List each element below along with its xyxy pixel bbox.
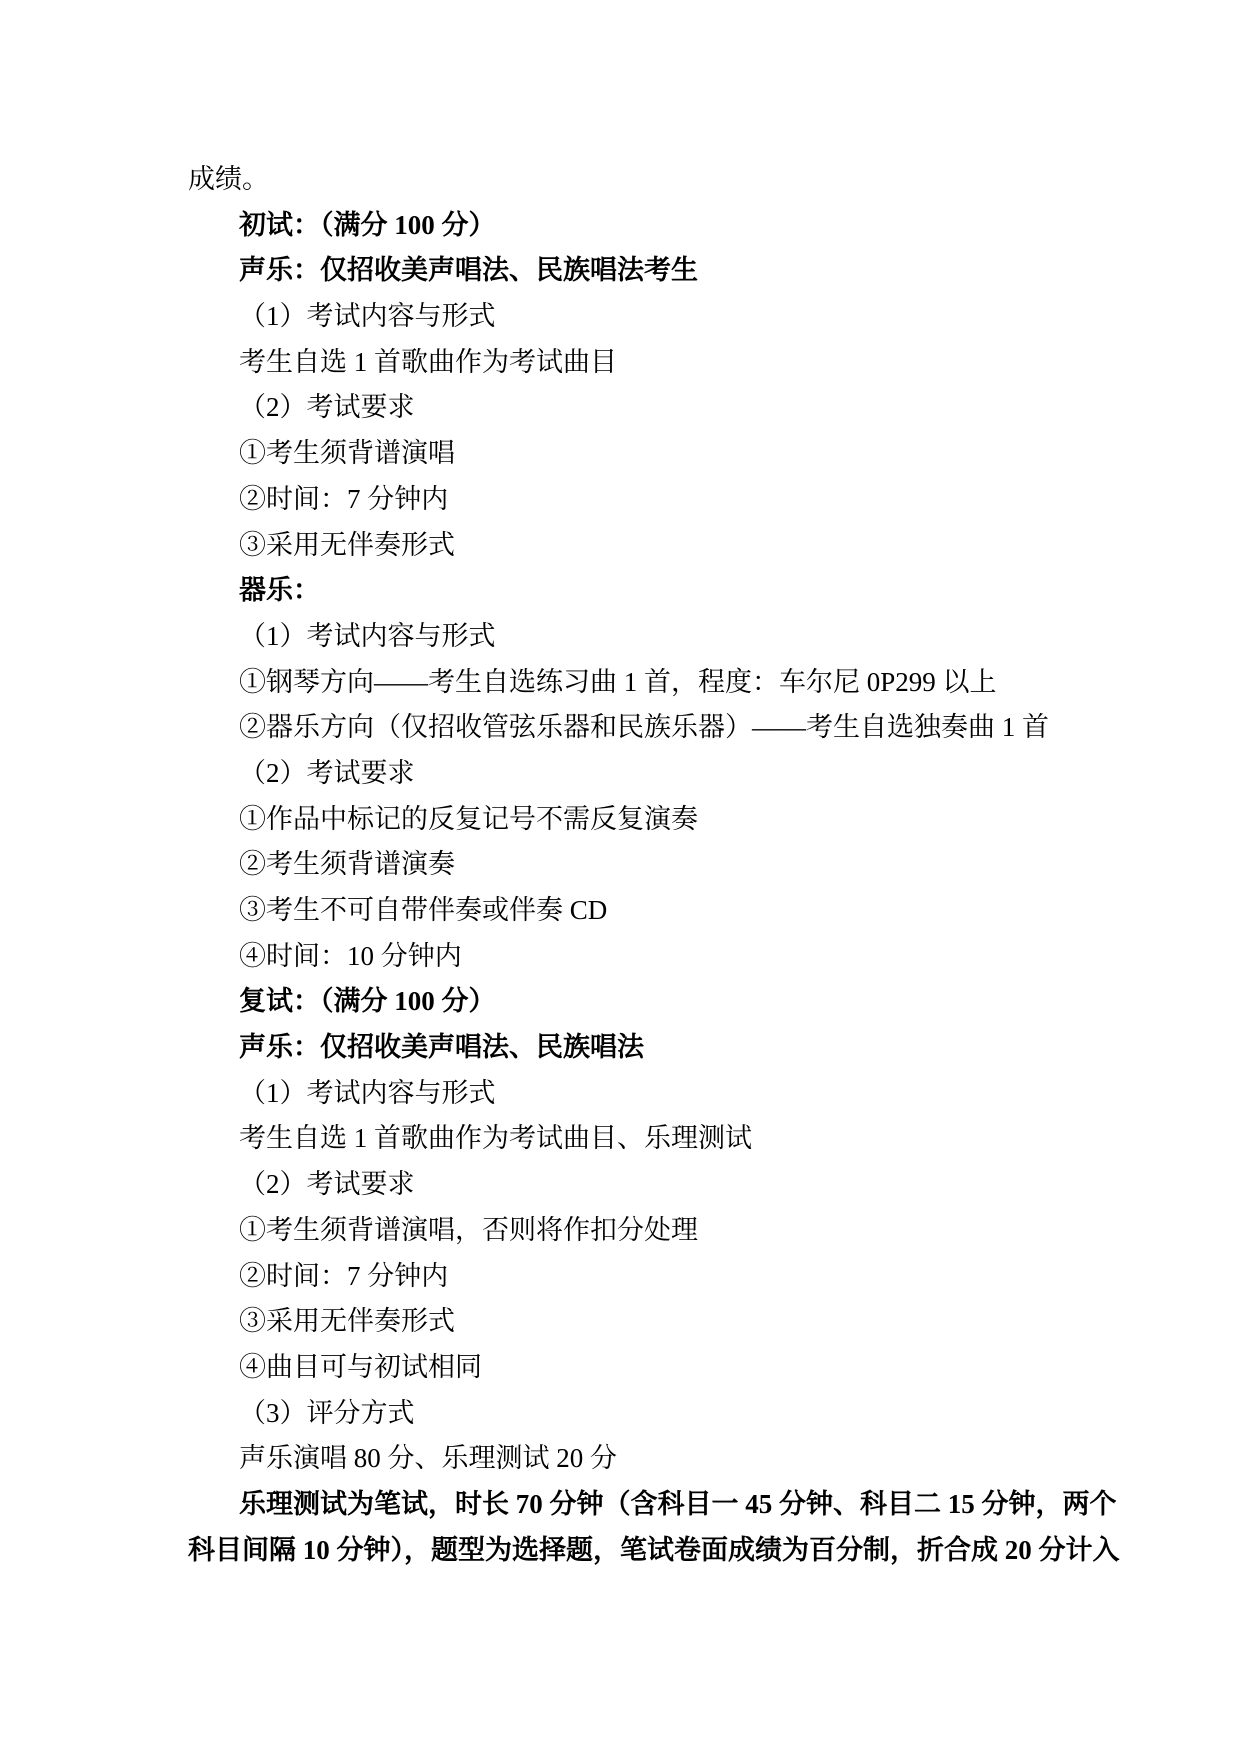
req-1-repeat-marks-not-repeated: ①作品中标记的反复记号不需反复演奏 — [188, 797, 1068, 843]
req-1-sing-from-memory-penalty: ①考生须背谱演唱，否则将作扣分处理 — [188, 1208, 1068, 1254]
text-score-distribution: 声乐演唱 80 分、乐理测试 20 分 — [188, 1436, 1068, 1482]
para-theory-test-line-1: 乐理测试为笔试，时长 70 分钟（含科目一 45 分钟、科目二 15 分钟，两个 — [188, 1482, 1068, 1528]
item-1-exam-content-form-instrumental: （1）考试内容与形式 — [188, 614, 1068, 660]
item-2-exam-requirements-second: （2）考试要求 — [188, 1162, 1068, 1208]
heading-vocal-first-round: 声乐：仅招收美声唱法、民族唱法考生 — [188, 248, 1068, 294]
req-3-no-accompaniment-or-cd: ③考生不可自带伴奏或伴奏 CD — [188, 888, 1068, 934]
heading-vocal-second-round: 声乐：仅招收美声唱法、民族唱法 — [188, 1025, 1068, 1071]
req-4-time-10-minutes: ④时间：10 分钟内 — [188, 934, 1068, 980]
req-2-instrument-direction: ②器乐方向（仅招收管弦乐器和民族乐器）——考生自选独奏曲 1 首 — [188, 705, 1068, 751]
req-3-no-accompaniment-second: ③采用无伴奏形式 — [188, 1299, 1068, 1345]
req-3-no-accompaniment: ③采用无伴奏形式 — [188, 523, 1068, 569]
req-1-sing-from-memory: ①考生须背谱演唱 — [188, 431, 1068, 477]
heading-second-round: 复试：（满分 100 分） — [188, 979, 1068, 1025]
item-2-exam-requirements-instrumental: （2）考试要求 — [188, 751, 1068, 797]
document-page: 成绩。 初试：（满分 100 分） 声乐：仅招收美声唱法、民族唱法考生 （1）考… — [0, 0, 1240, 1754]
heading-first-round: 初试：（满分 100 分） — [188, 203, 1068, 249]
document-content: 成绩。 初试：（满分 100 分） 声乐：仅招收美声唱法、民族唱法考生 （1）考… — [188, 157, 1068, 1573]
req-4-same-repertoire-as-first: ④曲目可与初试相同 — [188, 1345, 1068, 1391]
req-2-time-7-minutes-second: ②时间：7 分钟内 — [188, 1254, 1068, 1300]
item-1-exam-content-form-second: （1）考试内容与形式 — [188, 1071, 1068, 1117]
item-2-exam-requirements: （2）考试要求 — [188, 385, 1068, 431]
req-1-piano-direction: ①钢琴方向——考生自选练习曲 1 首，程度：车尔尼 0P299 以上 — [188, 660, 1068, 706]
para-theory-test-line-2: 科目间隔 10 分钟），题型为选择题，笔试卷面成绩为百分制，折合成 20 分计入 — [188, 1528, 1068, 1574]
item-1-exam-content-form: （1）考试内容与形式 — [188, 294, 1068, 340]
heading-instrumental: 器乐： — [188, 568, 1068, 614]
req-2-time-7-minutes: ②时间：7 分钟内 — [188, 477, 1068, 523]
text-self-selected-song: 考生自选 1 首歌曲作为考试曲目 — [188, 340, 1068, 386]
paragraph-fragment-score: 成绩。 — [188, 157, 1068, 203]
item-3-scoring-method: （3）评分方式 — [188, 1391, 1068, 1437]
text-song-plus-theory-test: 考生自选 1 首歌曲作为考试曲目、乐理测试 — [188, 1116, 1068, 1162]
req-2-play-from-memory: ②考生须背谱演奏 — [188, 842, 1068, 888]
